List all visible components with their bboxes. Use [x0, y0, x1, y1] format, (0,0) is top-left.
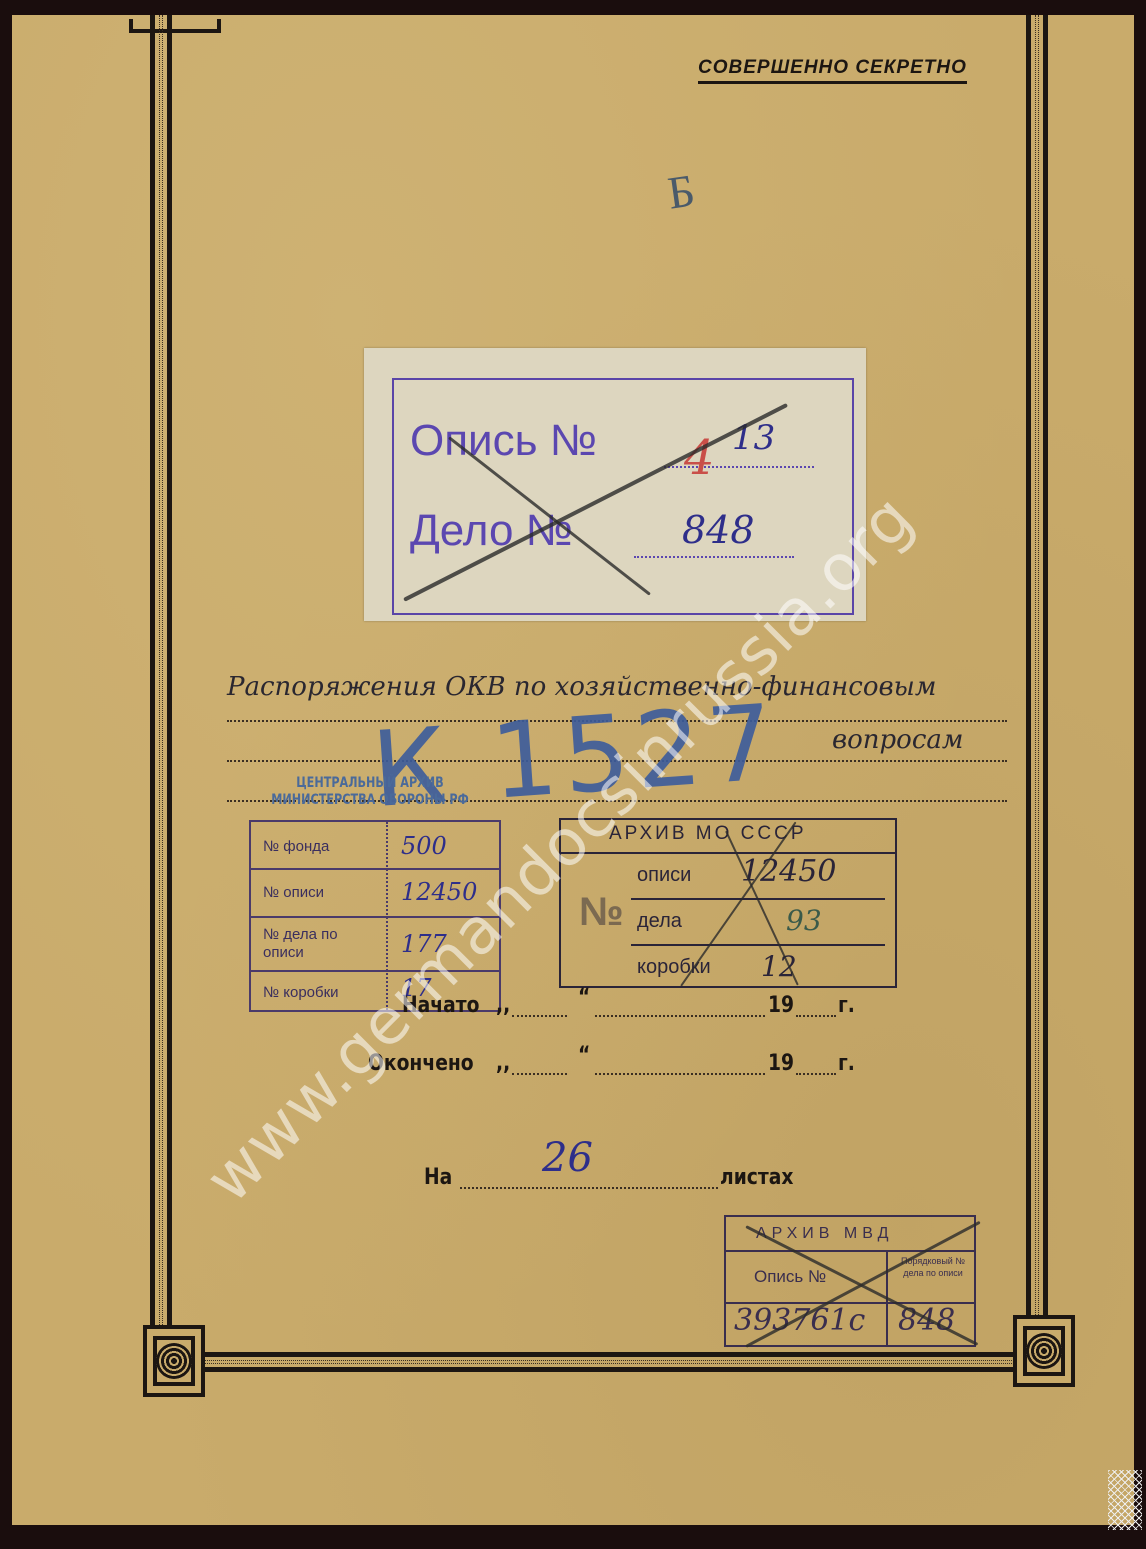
- quote-open: ,,: [496, 1051, 510, 1076]
- torn-cloth-corner: [1108, 1470, 1142, 1530]
- fund-table: № фонда 500 № описи 12450 № дела по опис…: [249, 820, 501, 1012]
- delo-row-label: № дела по описи: [263, 926, 373, 962]
- stamp-header: АРХИВ МО СССР: [609, 823, 807, 845]
- central-archive-stamp: ЦЕНТРАЛЬНЫЙ АРХИВ МИНИСТЕРСТВА ОБОРОНЫ Р…: [250, 775, 490, 809]
- mvd-opis-label: Опись №: [754, 1267, 826, 1287]
- opis-row-value: 12450: [401, 878, 477, 906]
- opis-red-mark: 4: [684, 430, 715, 486]
- quote-close: “: [578, 1043, 590, 1068]
- frame-top-cap-decoration: [129, 19, 221, 33]
- sheets-value: 26: [542, 1135, 593, 1181]
- dela-label: дела: [637, 910, 682, 933]
- opisi-value: 12450: [741, 854, 836, 889]
- opis-row-label: № описи: [263, 884, 324, 901]
- frame-left-border: [150, 15, 172, 1345]
- korobki-value: 12: [761, 950, 797, 983]
- file-title-line-2: вопросам: [832, 725, 963, 755]
- number-sign: №: [579, 890, 624, 935]
- archive-mvd-stamp: АРХИВ МВД Опись № Порядковый № дела по о…: [724, 1215, 976, 1347]
- stamp-line: ЦЕНТРАЛЬНЫЙ АРХИВ: [250, 775, 490, 792]
- mvd-ordinal-label: Порядковый № дела по описи: [892, 1255, 974, 1279]
- year-suffix: г.: [838, 993, 855, 1018]
- year-prefix: 19: [768, 1051, 794, 1076]
- frame-right-border: [1026, 15, 1048, 1325]
- quote-open: ,,: [496, 993, 510, 1018]
- fund-label: № фонда: [263, 838, 329, 855]
- classification-heading: СОВЕРШЕННО СЕКРЕТНО: [698, 57, 967, 84]
- stamp-line: МИНИСТЕРСТВА ОБОРОНЫ РФ: [250, 792, 490, 809]
- opisi-label: описи: [637, 864, 691, 887]
- fund-value: 500: [401, 832, 447, 860]
- corner-ornament-left-icon: [143, 1325, 205, 1397]
- delo-row-value: 177: [401, 930, 447, 958]
- delo-value: 848: [682, 508, 755, 552]
- inventory-label-sticker: Опись № 13 4 Дело № 848: [364, 348, 866, 621]
- sheets-prefix: На: [424, 1165, 452, 1190]
- started-label: Начато: [402, 993, 479, 1018]
- opis-label: Опись №: [410, 416, 597, 466]
- pencil-mark: Б: [664, 163, 698, 219]
- ended-label: Окончено: [368, 1051, 474, 1076]
- corner-ornament-right-icon: [1013, 1315, 1075, 1387]
- box-row-label: № коробки: [263, 984, 339, 1001]
- mvd-opis-value: 393761с: [734, 1303, 865, 1338]
- dela-value: 93: [786, 904, 822, 937]
- quote-close: “: [578, 985, 590, 1010]
- year-suffix: г.: [838, 1051, 855, 1076]
- sheets-suffix: листах: [720, 1165, 793, 1190]
- document-cover: СОВЕРШЕННО СЕКРЕТНО Б Опись № 13 4 Дело …: [12, 15, 1134, 1525]
- frame-bottom-border: [202, 1352, 1034, 1372]
- year-prefix: 19: [768, 993, 794, 1018]
- archive-mo-ussr-stamp: АРХИВ МО СССР № описи 12450 дела 93 коро…: [559, 818, 897, 988]
